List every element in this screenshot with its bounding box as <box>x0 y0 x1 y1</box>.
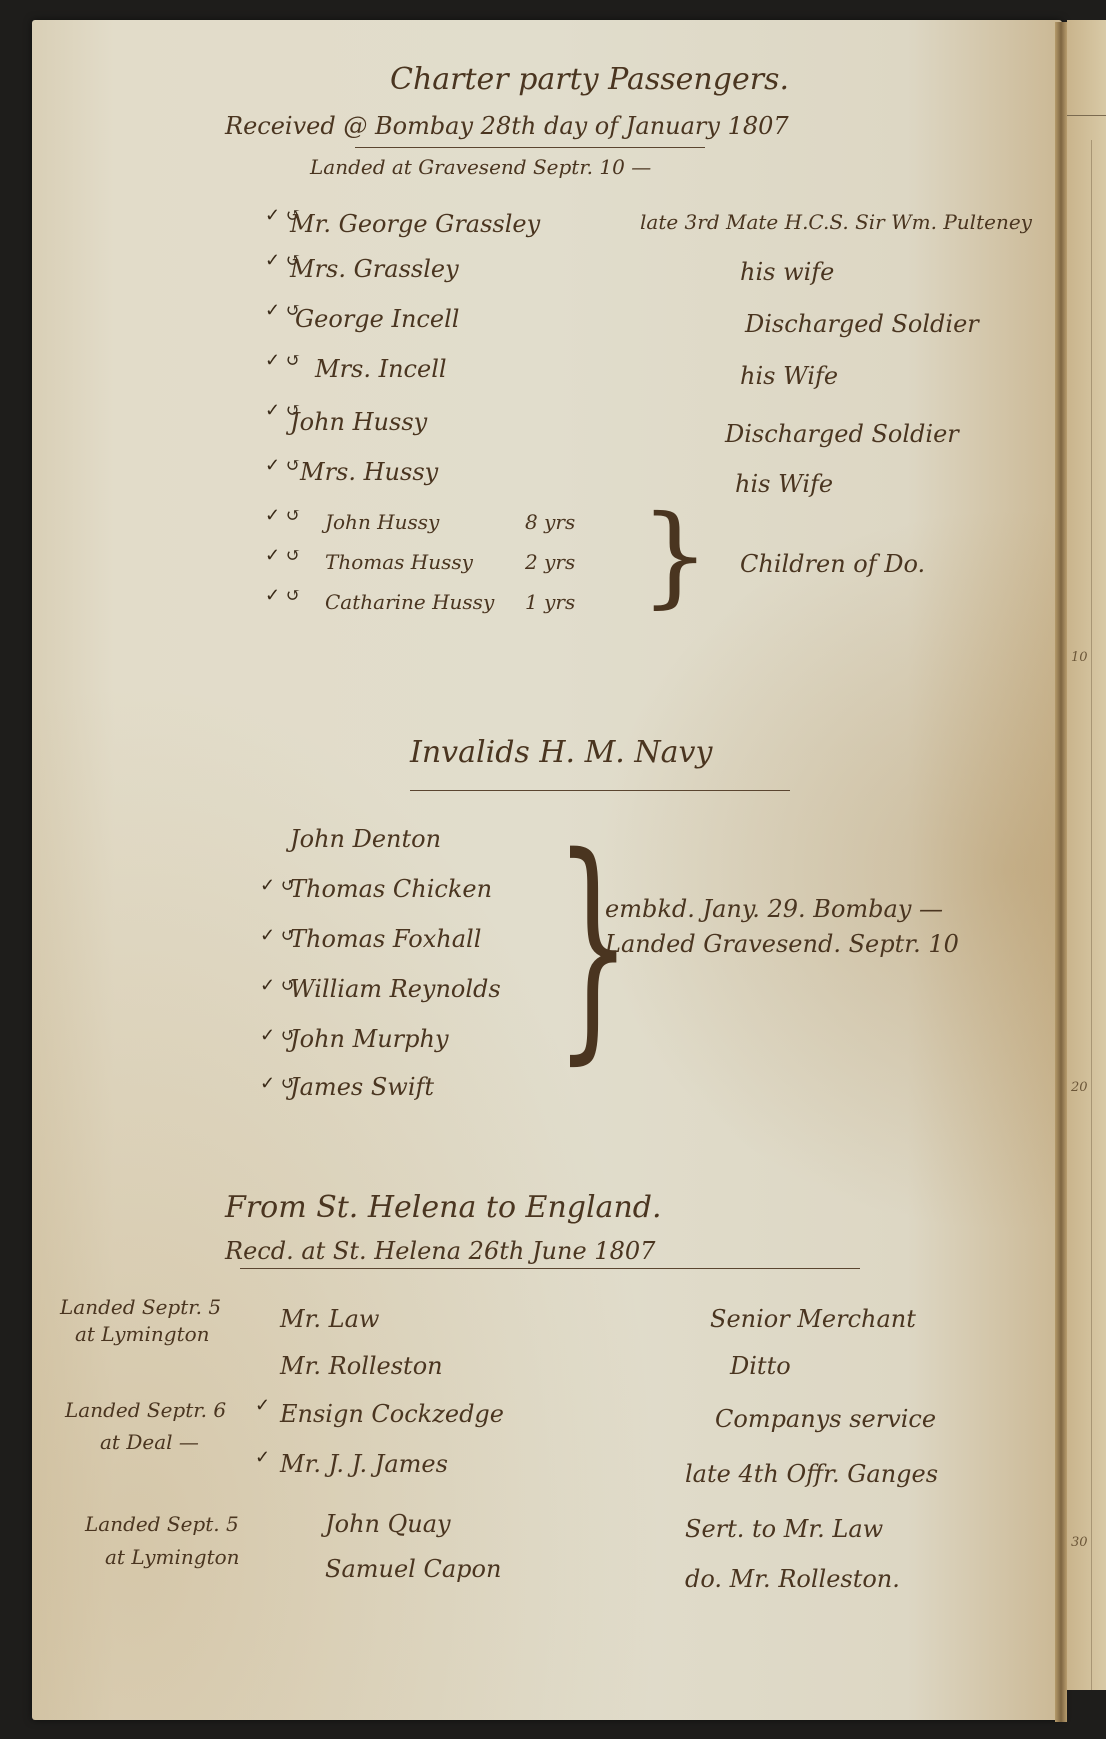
passenger-note: Companys service <box>715 1405 936 1433</box>
passenger-name: Mrs. Incell <box>315 355 447 383</box>
passenger-note: late 3rd Mate H.C.S. Sir Wm. Pulteney <box>640 210 1032 234</box>
passenger-name: Mrs. Grassley <box>290 255 459 283</box>
landed-note: at Lymington <box>75 1322 210 1346</box>
passenger-name: Samuel Capon <box>325 1555 501 1583</box>
invalid-name: John Murphy <box>290 1025 449 1053</box>
check-mark-icon: ✓ ↺ <box>265 505 301 526</box>
passenger-note: do. Mr. Rolleston. <box>685 1565 900 1593</box>
passenger-name: Ensign Cockzedge <box>280 1400 504 1428</box>
check-mark-icon: ✓ <box>255 1447 270 1468</box>
invalids-title: Invalids H. M. Navy <box>410 735 712 770</box>
passenger-name: Catharine Hussy <box>325 590 494 614</box>
underline <box>240 1268 860 1269</box>
passenger-note: Discharged Soldier <box>725 420 959 448</box>
invalid-name: James Swift <box>290 1073 434 1101</box>
book-gutter <box>1055 22 1067 1722</box>
check-mark-icon: ✓ ↺ <box>265 455 301 476</box>
passenger-name: John Quay <box>325 1510 451 1538</box>
check-mark-icon: ✓ ↺ <box>265 545 301 566</box>
landed-note: Landed Septr. 6 <box>65 1398 226 1422</box>
children-note: Children of Do. <box>740 550 925 578</box>
charter-received: Received @ Bombay 28th day of January 18… <box>225 112 789 140</box>
passenger-name: John Hussy <box>290 408 427 436</box>
margin-number: 30 <box>1071 1535 1088 1550</box>
facing-page-margin-line <box>1091 140 1092 1690</box>
passenger-note: his Wife <box>735 470 833 498</box>
invalid-name: John Denton <box>290 825 441 853</box>
passenger-note: Sert. to Mr. Law <box>685 1515 883 1543</box>
passenger-name: Mr. Law <box>280 1305 379 1333</box>
passenger-name: Mr. J. J. James <box>280 1450 448 1478</box>
passenger-note: his wife <box>740 258 834 286</box>
passenger-note: Ditto <box>730 1352 791 1380</box>
landed-note: Landed Sept. 5 <box>85 1512 239 1536</box>
invalids-note-line2: Landed Gravesend. Septr. 10 <box>605 930 959 958</box>
passenger-name: Mrs. Hussy <box>300 458 438 486</box>
passenger-name: Mr. George Grassley <box>290 210 540 238</box>
st-helena-received: Recd. at St. Helena 26th June 1807 <box>225 1237 655 1265</box>
charter-title: Charter party Passengers. <box>390 62 789 97</box>
invalid-name: Thomas Foxhall <box>290 925 481 953</box>
passenger-name: John Hussy <box>325 510 439 534</box>
passenger-age: 2 yrs <box>525 550 575 574</box>
bracket-brace: } <box>640 500 710 610</box>
charter-landed: Landed at Gravesend Septr. 10 — <box>310 155 651 179</box>
invalids-note-line1: embkd. Jany. 29. Bombay — <box>605 895 943 923</box>
passenger-name: Mr. Rolleston <box>280 1352 443 1380</box>
landed-note: at Deal — <box>100 1430 199 1454</box>
invalid-name: Thomas Chicken <box>290 875 492 903</box>
landed-note: Landed Septr. 5 <box>60 1295 221 1319</box>
check-mark-icon: ✓ <box>255 1395 270 1416</box>
st-helena-title: From St. Helena to England. <box>225 1190 662 1225</box>
facing-page-rule <box>1067 115 1106 116</box>
passenger-age: 1 yrs <box>525 590 575 614</box>
margin-number: 10 <box>1071 650 1088 665</box>
passenger-note: late 4th Offr. Ganges <box>685 1460 938 1488</box>
margin-number: 20 <box>1071 1080 1088 1095</box>
landed-note: at Lymington <box>105 1545 240 1569</box>
invalid-name: William Reynolds <box>290 975 501 1003</box>
passenger-note: Senior Merchant <box>710 1305 916 1333</box>
underline <box>355 147 705 148</box>
facing-page-edge: 10 20 30 <box>1067 20 1106 1690</box>
passenger-name: George Incell <box>295 305 459 333</box>
underline <box>410 790 790 791</box>
passenger-name: Thomas Hussy <box>325 550 473 574</box>
check-mark-icon: ✓ ↺ <box>265 585 301 606</box>
check-mark-icon: ✓ ↺ <box>265 350 301 371</box>
passenger-age: 8 yrs <box>525 510 575 534</box>
passenger-note: Discharged Soldier <box>745 310 979 338</box>
passenger-note: his Wife <box>740 362 838 390</box>
